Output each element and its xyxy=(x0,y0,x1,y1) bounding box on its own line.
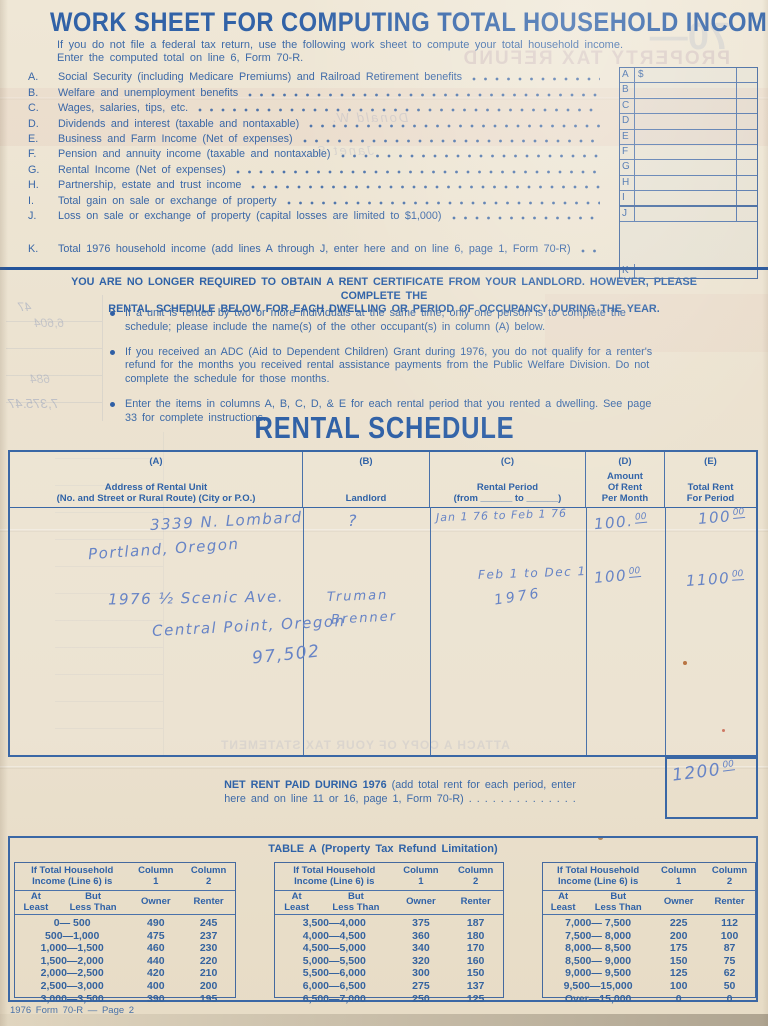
column-header-rental-period: (C) Rental Period (from ______ to ______… xyxy=(430,452,586,507)
dot-leader xyxy=(198,104,600,113)
renter-amount: 62 xyxy=(704,967,755,980)
intro-line: Enter the computed total on line 6, Form… xyxy=(57,52,697,65)
owner-amount: 100 xyxy=(653,980,704,993)
table-row: 1,500—2,000 440 220 xyxy=(15,955,235,968)
renter-amount: 230 xyxy=(182,942,235,955)
amount-box-letter: B xyxy=(620,83,635,97)
renter-amount: 187 xyxy=(448,917,503,930)
net-rent-label-line2: here and on line 11 or 16, page 1, Form … xyxy=(150,792,650,806)
cents-cell xyxy=(736,145,757,159)
income-line-label: Wages, salaries, tips, etc. xyxy=(58,102,188,114)
bleed-margin-note: 684 xyxy=(30,372,50,386)
rental-schedule-title: RENTAL SCHEDULE xyxy=(0,410,768,446)
owner-amount: 440 xyxy=(129,955,182,968)
income-range: 6,000—6,500 xyxy=(275,980,394,993)
table-row: 1,000—1,500 460 230 xyxy=(15,942,235,955)
renter-amount: 170 xyxy=(448,942,503,955)
renter-amount: 150 xyxy=(448,967,503,980)
table-row: 0— 500 490 245 xyxy=(15,917,235,930)
bleed-margin-note: 47 xyxy=(18,300,31,314)
income-line: A. Social Security (including Medicare P… xyxy=(20,68,608,83)
amount-box-letter: F xyxy=(620,145,635,159)
renter-amount: 180 xyxy=(448,930,503,943)
amount-box-letter: I xyxy=(620,191,635,204)
bullet-text: If you received an ADC (Aid to Dependent… xyxy=(125,346,652,386)
table-row: 9,000— 9,500 125 62 xyxy=(543,967,755,980)
income-line-letter: A. xyxy=(20,71,58,83)
income-range: 500—1,000 xyxy=(15,930,129,943)
cents-cell xyxy=(736,176,757,190)
table-row: 7,000— 7,500 225 112 xyxy=(543,917,755,930)
renter-amount: 137 xyxy=(448,980,503,993)
subtable-header-row2: AtLeast ButLess Than Owner Renter xyxy=(275,891,503,915)
income-range: 0— 500 xyxy=(15,917,129,930)
table-a-subtable-2: If Total HouseholdIncome (Line 6) is Col… xyxy=(274,862,504,998)
column-divider xyxy=(665,507,666,755)
bullet-icon xyxy=(110,311,115,316)
income-line-letter: B. xyxy=(20,87,58,99)
amount-entry-cell xyxy=(635,145,736,159)
amount-box-gap xyxy=(620,222,757,240)
income-line: J. Loss on sale or exchange of property … xyxy=(20,207,608,222)
page-title: WORK SHEET FOR COMPUTING TOTAL HOUSEHOLD… xyxy=(0,7,768,38)
subtable-header-row1: If Total HouseholdIncome (Line 6) is Col… xyxy=(543,863,755,891)
owner-amount: 250 xyxy=(394,993,449,1006)
income-range: 1,000—1,500 xyxy=(15,942,129,955)
rental-schedule-header: (A) Address of Rental Unit (No. and Stre… xyxy=(10,452,756,508)
dot-leader xyxy=(251,181,600,190)
renter-amount: 75 xyxy=(704,955,755,968)
table-row: 7,500— 8,000 200 100 xyxy=(543,930,755,943)
form-footer: 1976 Form 70-R — Page 2 xyxy=(10,1005,134,1016)
income-range: 9,000— 9,500 xyxy=(543,967,653,980)
income-range: 1,500—2,000 xyxy=(15,955,129,968)
column-header-rent-per-month: (D) Amount Of Rent Per Month xyxy=(586,452,665,507)
amount-box-letter: C xyxy=(620,99,635,113)
income-line-letter: I. xyxy=(20,195,58,207)
table-a: TABLE A (Property Tax Refund Limitation)… xyxy=(8,836,758,1002)
amount-entry-cell xyxy=(635,130,736,144)
income-line-label: Rental Income (Net of expenses) xyxy=(58,164,226,176)
income-line: D. Dividends and interest (taxable and n… xyxy=(20,114,608,129)
table-row: 3,000—3,500 390 195 xyxy=(15,993,235,1006)
subtable-header-row1: If Total HouseholdIncome (Line 6) is Col… xyxy=(275,863,503,891)
income-range: 3,000—3,500 xyxy=(15,993,129,1006)
amount-box-letter: G xyxy=(620,160,635,174)
table-row: 3,500—4,000 375 187 xyxy=(275,917,503,930)
renter-amount: 125 xyxy=(448,993,503,1006)
income-line-letter: F. xyxy=(20,148,58,160)
amount-entry-cell xyxy=(635,114,736,128)
column-divider xyxy=(430,507,431,755)
table-row: 4,000—4,500 360 180 xyxy=(275,930,503,943)
column-header-landlord: (B) Landlord xyxy=(303,452,430,507)
handwritten-address2-line1: 1976 ½ Scenic Ave. xyxy=(108,587,284,608)
cents-cell xyxy=(736,207,757,221)
income-line-letter: E. xyxy=(20,133,58,145)
income-amount-box: A $ B C D xyxy=(619,67,758,279)
fold-crease xyxy=(0,766,768,769)
income-line-label: Total 1976 household income (add lines A… xyxy=(58,243,571,255)
amount-entry-cell xyxy=(635,99,736,113)
income-line: F. Pension and annuity income (taxable a… xyxy=(20,145,608,160)
cents-cell xyxy=(736,191,757,204)
bleed-margin-note: 6,604 xyxy=(34,316,64,330)
income-range: 5,000—5,500 xyxy=(275,955,394,968)
intro-text: If you do not file a federal tax return,… xyxy=(57,39,697,65)
handwritten-landlord1: ? xyxy=(348,511,358,530)
income-line: H. Partnership, estate and trust income xyxy=(20,176,608,191)
income-line: B. Welfare and unemployment benefits xyxy=(20,83,608,98)
dot-leader xyxy=(236,166,600,175)
table-row: 8,000— 8,500 175 87 xyxy=(543,942,755,955)
income-range: 3,500—4,000 xyxy=(275,917,394,930)
income-line-label: Business and Farm Income (Net of expense… xyxy=(58,133,293,145)
owner-amount: 0 xyxy=(653,993,704,1006)
net-rent-label: NET RENT PAID DURING 1976 (add total ren… xyxy=(150,778,650,806)
income-range: 9,500—15,000 xyxy=(543,980,653,993)
net-rent-label-rest: (add total rent for each period, enter xyxy=(387,779,576,791)
income-line-label: Loss on sale or exchange of property (ca… xyxy=(58,210,442,222)
income-range: 2,000—2,500 xyxy=(15,967,129,980)
amount-box-row: G xyxy=(620,160,757,175)
income-line: C. Wages, salaries, tips, etc. xyxy=(20,99,608,114)
income-line-letter: G. xyxy=(20,164,58,176)
amount-box-letter: J xyxy=(620,207,635,221)
income-range: Over—15,000 xyxy=(543,993,653,1006)
table-row: 500—1,000 475 237 xyxy=(15,930,235,943)
income-line-label: Social Security (including Medicare Prem… xyxy=(58,71,462,83)
income-range: 5,500—6,000 xyxy=(275,967,394,980)
amount-entry-cell: $ xyxy=(635,68,736,82)
renter-amount: 87 xyxy=(704,942,755,955)
bleed-margin-note: 7,375.47 xyxy=(8,396,59,411)
section-divider-rule xyxy=(0,267,768,270)
dot-leader xyxy=(303,135,600,144)
amount-entry-cell xyxy=(635,191,736,204)
amount-box-row: H xyxy=(620,176,757,191)
amount-box-letter: E xyxy=(620,130,635,144)
subtable-header-row2: AtLeast ButLess Than Owner Renter xyxy=(15,891,235,915)
renter-amount: 220 xyxy=(182,955,235,968)
owner-amount: 460 xyxy=(129,942,182,955)
income-range: 8,000— 8,500 xyxy=(543,942,653,955)
amount-box-row: I xyxy=(620,191,757,206)
table-row: 2,000—2,500 420 210 xyxy=(15,967,235,980)
renter-amount: 0 xyxy=(704,993,755,1006)
income-line-label: Dividends and interest (taxable and nont… xyxy=(58,118,299,130)
income-line-label: Total gain on sale or exchange of proper… xyxy=(58,195,277,207)
owner-amount: 320 xyxy=(394,955,449,968)
table-row: 9,500—15,000 100 50 xyxy=(543,980,755,993)
owner-amount: 200 xyxy=(653,930,704,943)
income-range: 2,500—3,000 xyxy=(15,980,129,993)
owner-amount: 375 xyxy=(394,917,449,930)
cents-cell xyxy=(736,68,757,82)
table-row: 6,000—6,500 275 137 xyxy=(275,980,503,993)
income-line-letter: C. xyxy=(20,102,58,114)
bullet-icon xyxy=(110,402,115,407)
instruction-bullet: If a unit is rented by two or more indiv… xyxy=(110,307,665,335)
column-header-total-rent: (E) Total Rent For Period xyxy=(665,452,756,507)
owner-amount: 420 xyxy=(129,967,182,980)
dot-leader xyxy=(581,245,600,254)
subtable-data: 3,500—4,000 375 187 4,000—4,500 360 180 … xyxy=(275,915,503,1005)
handwritten-landlord2-line1: Truman xyxy=(327,588,389,605)
owner-amount: 475 xyxy=(129,930,182,943)
amount-box-row: C xyxy=(620,99,757,114)
renter-amount: 210 xyxy=(182,967,235,980)
income-line-list: A. Social Security (including Medicare P… xyxy=(20,68,608,222)
owner-amount: 300 xyxy=(394,967,449,980)
amount-box-row: B xyxy=(620,83,757,98)
renter-amount: 112 xyxy=(704,917,755,930)
renter-amount: 200 xyxy=(182,980,235,993)
income-line: G. Rental Income (Net of expenses) xyxy=(20,160,608,175)
income-range: 4,500—5,000 xyxy=(275,942,394,955)
owner-amount: 490 xyxy=(129,917,182,930)
renter-amount: 195 xyxy=(182,993,235,1006)
intro-line: If you do not file a federal tax return,… xyxy=(57,39,697,52)
table-row: 2,500—3,000 400 200 xyxy=(15,980,235,993)
renter-amount: 160 xyxy=(448,955,503,968)
income-line: I. Total gain on sale or exchange of pro… xyxy=(20,191,608,206)
dot-leader xyxy=(309,120,600,129)
amount-box-row: J xyxy=(620,207,757,222)
scanned-form-page: PROPERTY TAX REFUND 70— Donald W. Janet … xyxy=(0,0,768,1026)
owner-amount: 360 xyxy=(394,930,449,943)
owner-amount: 175 xyxy=(653,942,704,955)
amount-entry-cell xyxy=(635,160,736,174)
income-range: 6,500—7,000 xyxy=(275,993,394,1006)
column-header-address: (A) Address of Rental Unit (No. and Stre… xyxy=(10,452,303,507)
owner-amount: 400 xyxy=(129,980,182,993)
owner-amount: 275 xyxy=(394,980,449,993)
amount-entry-cell xyxy=(635,207,736,221)
renter-amount: 237 xyxy=(182,930,235,943)
table-a-subtable-1: If Total HouseholdIncome (Line 6) is Col… xyxy=(14,862,236,998)
table-row: 4,500—5,000 340 170 xyxy=(275,942,503,955)
income-range: 4,000—4,500 xyxy=(275,930,394,943)
owner-amount: 340 xyxy=(394,942,449,955)
income-line-letter: D. xyxy=(20,118,58,130)
income-range: 7,500— 8,000 xyxy=(543,930,653,943)
amount-box-row: F xyxy=(620,145,757,160)
table-row: 8,500— 9,000 150 75 xyxy=(543,955,755,968)
amount-box-row: E xyxy=(620,130,757,145)
amount-box-row: A $ xyxy=(620,68,757,83)
income-line-letter: H. xyxy=(20,179,58,191)
dot-leader xyxy=(472,73,600,82)
income-line-letter: K. xyxy=(20,243,58,255)
cents-cell xyxy=(736,99,757,113)
income-line-label: Pension and annuity income (taxable and … xyxy=(58,148,331,160)
cents-cell xyxy=(736,130,757,144)
net-rent-label-bold: NET RENT PAID DURING 1976 xyxy=(224,779,387,791)
cents-cell xyxy=(736,160,757,174)
table-row: 5,000—5,500 320 160 xyxy=(275,955,503,968)
subtable-data: 0— 500 490 245 500—1,000 475 237 1,000—1… xyxy=(15,915,235,1005)
income-line-label: Partnership, estate and trust income xyxy=(58,179,241,191)
income-range: 8,500— 9,000 xyxy=(543,955,653,968)
column-divider xyxy=(586,507,587,755)
amount-box-letter: H xyxy=(620,176,635,190)
bullet-icon xyxy=(110,350,115,355)
amount-box-letter: A xyxy=(620,68,635,82)
renter-amount: 100 xyxy=(704,930,755,943)
income-range: 7,000— 7,500 xyxy=(543,917,653,930)
amount-box-row: D xyxy=(620,114,757,129)
instruction-bullet: If you received an ADC (Aid to Dependent… xyxy=(110,346,665,387)
owner-amount: 150 xyxy=(653,955,704,968)
income-line-letter: J. xyxy=(20,210,58,222)
owner-amount: 390 xyxy=(129,993,182,1006)
income-line-label: Welfare and unemployment benefits xyxy=(58,87,238,99)
dot-leader xyxy=(341,150,600,159)
dot-leader xyxy=(287,197,600,206)
amount-box-letter: D xyxy=(620,114,635,128)
dot-leader xyxy=(452,212,601,221)
income-total-line: K. Total 1976 household income (add line… xyxy=(20,240,608,255)
subtable-data: 7,000— 7,500 225 112 7,500— 8,000 200 10… xyxy=(543,915,755,1005)
renter-amount: 50 xyxy=(704,980,755,993)
table-row: 5,500—6,000 300 150 xyxy=(275,967,503,980)
table-a-subtable-3: If Total HouseholdIncome (Line 6) is Col… xyxy=(542,862,756,998)
amount-box-row-k: K xyxy=(620,240,757,278)
notice-line: YOU ARE NO LONGER REQUIRED TO OBTAIN A R… xyxy=(64,276,704,303)
table-row: Over—15,000 0 0 xyxy=(543,993,755,1006)
subtable-header-row2: AtLeast ButLess Than Owner Renter xyxy=(543,891,755,915)
table-row: 6,500—7,000 250 125 xyxy=(275,993,503,1006)
cents-cell xyxy=(736,114,757,128)
income-line: E. Business and Farm Income (Net of expe… xyxy=(20,130,608,145)
renter-amount: 245 xyxy=(182,917,235,930)
dot-leader xyxy=(248,89,600,98)
amount-entry-cell xyxy=(635,176,736,190)
owner-amount: 125 xyxy=(653,967,704,980)
amount-entry-cell xyxy=(635,83,736,97)
cents-cell xyxy=(736,83,757,97)
table-a-title: TABLE A (Property Tax Refund Limitation) xyxy=(10,843,756,855)
bullet-text: If a unit is rented by two or more indiv… xyxy=(125,307,626,333)
owner-amount: 225 xyxy=(653,917,704,930)
subtable-header-row1: If Total HouseholdIncome (Line 6) is Col… xyxy=(15,863,235,891)
